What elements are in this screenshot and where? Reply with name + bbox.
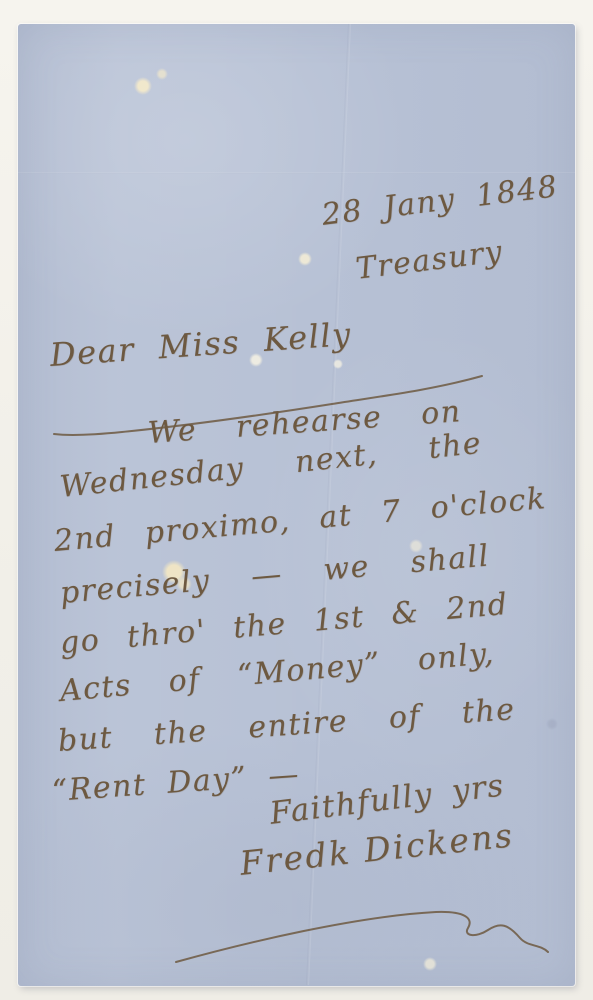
scanned-letter-photo: 28 Jany 1848 Treasury Dear Miss Kelly We… (0, 0, 593, 1000)
signature-flourish-stroke (168, 880, 568, 980)
letter-paper: 28 Jany 1848 Treasury Dear Miss Kelly We… (18, 24, 575, 986)
